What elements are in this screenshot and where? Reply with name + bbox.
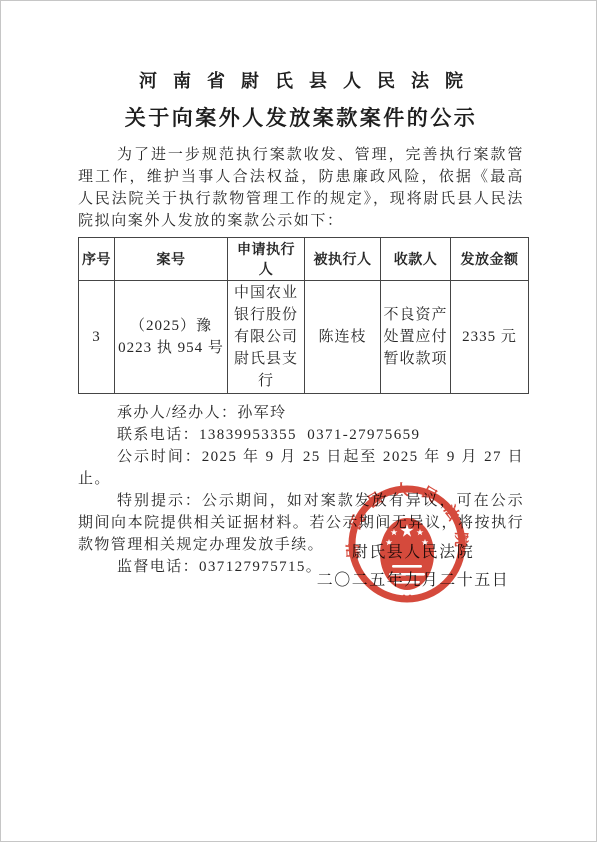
col-header-applicant: 申请执行人 (228, 238, 305, 281)
col-header-respondent: 被执行人 (305, 238, 381, 281)
intro-paragraph: 为了进一步规范执行案款收发、管理，完善执行案款管理工作，维护当事人合法权益，防患… (78, 144, 524, 232)
document-content: 河南省尉氏县人民法院 关于向案外人发放案款案件的公示 为了进一步规范执行案款收发… (1, 67, 596, 578)
cell-case-no: （2025）豫 0223 执 954 号 (115, 281, 228, 394)
case-table: 序号 案号 申请执行人 被执行人 收款人 发放金额 3 （2025）豫 0223… (78, 237, 529, 394)
col-header-amount: 发放金额 (451, 238, 529, 281)
table-row: 3 （2025）豫 0223 执 954 号 中国农业银行股份有限公司尉氏县支行… (79, 281, 529, 394)
seal-bottom-dot (409, 595, 412, 598)
seal-bottom-dot (403, 595, 406, 598)
cell-payee: 不良资产处置应付暂收款项 (381, 281, 451, 394)
col-header-payee: 收款人 (381, 238, 451, 281)
note-publicity-period: 公示时间：2025 年 9 月 25 日起至 2025 年 9 月 27 日止。 (78, 446, 524, 490)
note-contact-phone: 联系电话：13839953355 0371-27975659 (78, 424, 524, 446)
cell-applicant: 中国农业银行股份有限公司尉氏县支行 (228, 281, 305, 394)
document-page: 河南省尉氏县人民法院 关于向案外人发放案款案件的公示 为了进一步规范执行案款收发… (0, 0, 597, 842)
cell-seq: 3 (79, 281, 115, 394)
signature-block: 尉氏县人民法院 二〇二五年九月二十五日 (300, 539, 526, 590)
cell-respondent: 陈连枝 (305, 281, 381, 394)
note-handler: 承办人/经办人：孙军玲 (78, 402, 524, 424)
col-header-seq: 序号 (79, 238, 115, 281)
page-title: 河南省尉氏县人民法院 (78, 67, 524, 93)
signature-court-name: 尉氏县人民法院 (300, 539, 526, 562)
signature-date: 二〇二五年九月二十五日 (300, 567, 526, 590)
col-header-case-no: 案号 (115, 238, 228, 281)
table-header-row: 序号 案号 申请执行人 被执行人 收款人 发放金额 (79, 238, 529, 281)
cell-amount: 2335 元 (451, 281, 529, 394)
page-subtitle: 关于向案外人发放案款案件的公示 (78, 102, 524, 132)
